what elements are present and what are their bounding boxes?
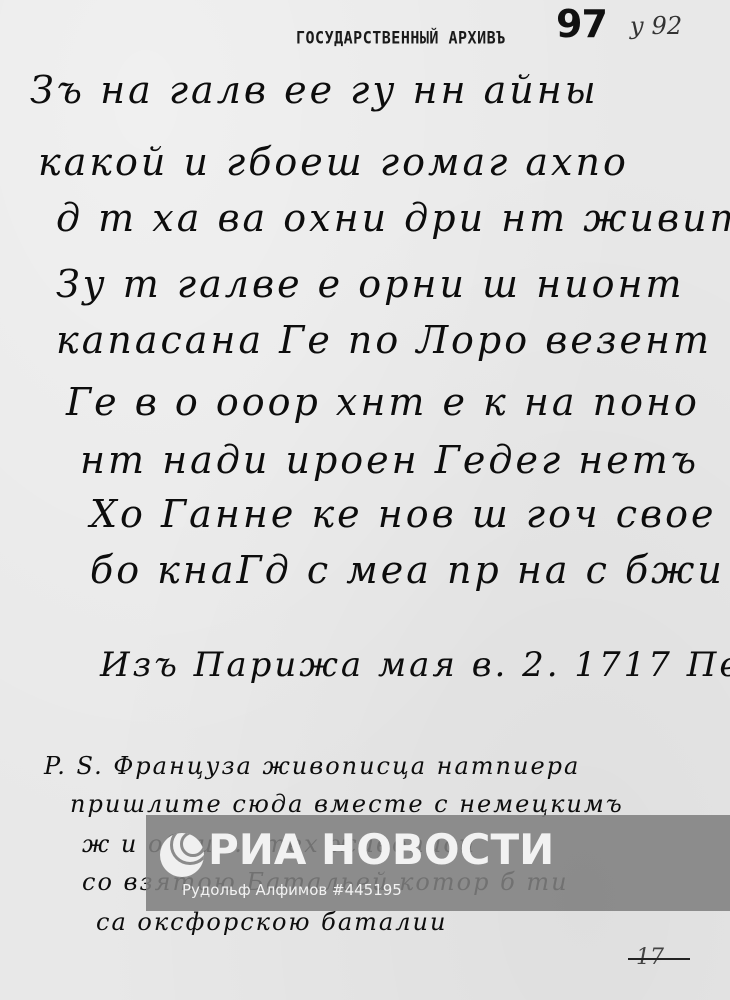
manuscript-line: Ге в о ооор хнт е к на поно: [66, 380, 700, 424]
postscript-line: P. S. Француза живописца натпиера: [44, 752, 580, 780]
manuscript-line: Зу т галве е орни ш нионт: [56, 262, 685, 306]
postscript-line: пришлите сюда вместе с немецкимъ: [70, 790, 624, 818]
manuscript-line: какой и гбоеш гомаг ахпо: [38, 140, 629, 184]
postscript-line: са оксфорскою баталии: [96, 908, 447, 936]
manuscript-line: капасана Ге по Лоро везент: [56, 318, 712, 362]
manuscript-line: Зъ на галв ее гу нн айны: [30, 68, 599, 112]
closing-date-signature: Изъ Парижа мая в. 2. 1717 Петръ: [100, 645, 730, 685]
folio-number: 97: [556, 2, 607, 46]
manuscript-line: нт нади ироен Гедег нетъ: [80, 438, 699, 482]
archive-stamp: ГОСУДАРСТВЕННЫЙ АРХИВЪ: [296, 28, 506, 48]
watermark-brand: РИА НОВОСТИ: [208, 829, 554, 871]
manuscript-line: д т ха ва охни дри нт живит: [56, 196, 730, 240]
folio-alt-number: у 92: [630, 12, 682, 40]
page-number: 17: [636, 945, 664, 970]
watermark-banner: РИА НОВОСТИ Рудольф Алфимов #445195: [146, 815, 730, 911]
ria-globe-logo-icon: [160, 833, 204, 877]
manuscript-line: Хо Ганне ке нов ш гоч свое: [90, 492, 716, 536]
watermark-credit: Рудольф Алфимов #445195: [182, 881, 402, 899]
manuscript-line: бо кнаГд с меа пр на с бжи: [90, 548, 725, 592]
